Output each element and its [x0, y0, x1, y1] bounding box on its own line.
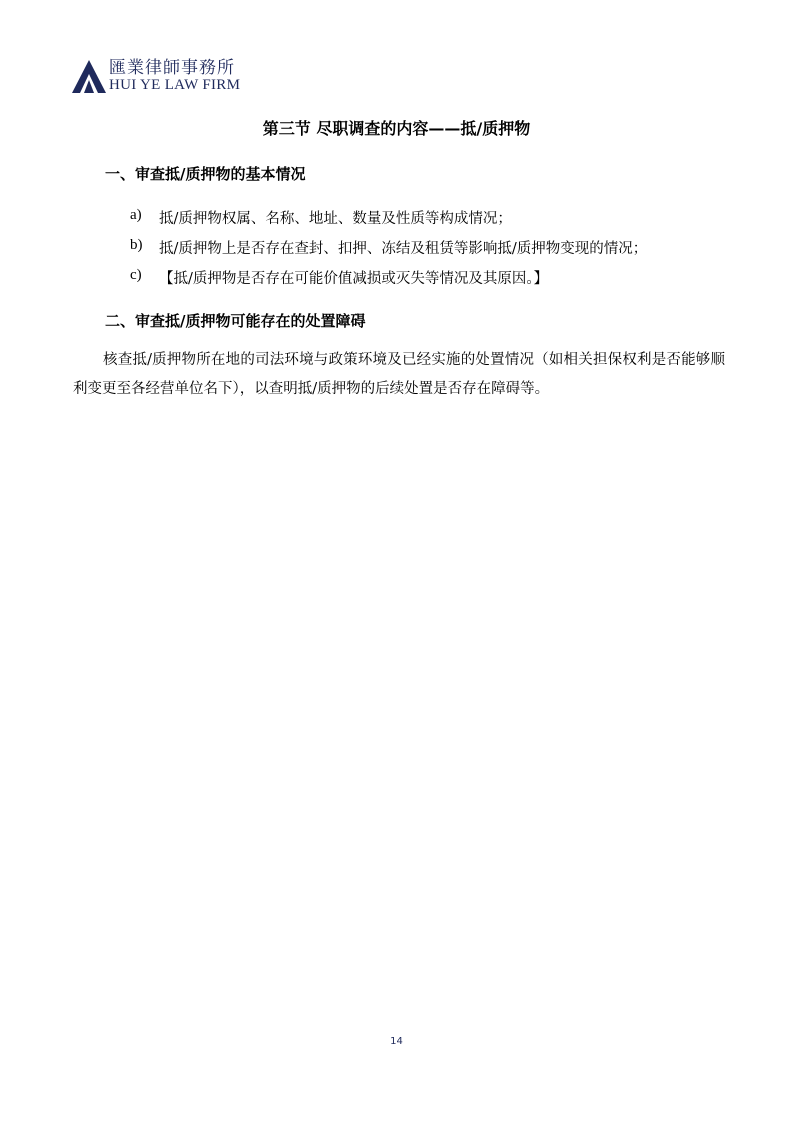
list-marker: b) [130, 237, 159, 258]
list-item: b) 抵/质押物上是否存在查封、扣押、冻结及租赁等影响抵/质押物变现的情况； [130, 237, 647, 258]
heading-basic-info: 一、审查抵/质押物的基本情况 [105, 163, 305, 184]
list-text: 【抵/质押物是否存在可能价值减损或灭失等情况及其原因。】 [159, 267, 548, 288]
page-number: 14 [0, 1036, 793, 1047]
list-item: c) 【抵/质押物是否存在可能价值减损或灭失等情况及其原因。】 [130, 267, 548, 288]
body-paragraph: 核查抵/质押物所在地的司法环境与政策环境及已经实施的处置情况（如相关担保权利是否… [73, 346, 725, 404]
list-marker: c) [130, 267, 159, 288]
firm-logo: 匯業律師事務所 HUI YE LAW FIRM [72, 57, 240, 93]
logo-english-name: HUI YE LAW FIRM [109, 77, 240, 93]
logo-chinese-name: 匯業律師事務所 [109, 59, 240, 77]
heading-disposal-obstacles: 二、审查抵/质押物可能存在的处置障碍 [105, 310, 365, 331]
list-marker: a) [130, 207, 159, 228]
list-item: a) 抵/质押物权属、名称、地址、数量及性质等构成情况； [130, 207, 512, 228]
list-text: 抵/质押物权属、名称、地址、数量及性质等构成情况； [159, 207, 512, 228]
section-title: 第三节 尽职调查的内容——抵/质押物 [0, 116, 793, 139]
list-text: 抵/质押物上是否存在查封、扣押、冻结及租赁等影响抵/质押物变现的情况； [159, 237, 647, 258]
triangle-logo-icon [72, 60, 106, 93]
